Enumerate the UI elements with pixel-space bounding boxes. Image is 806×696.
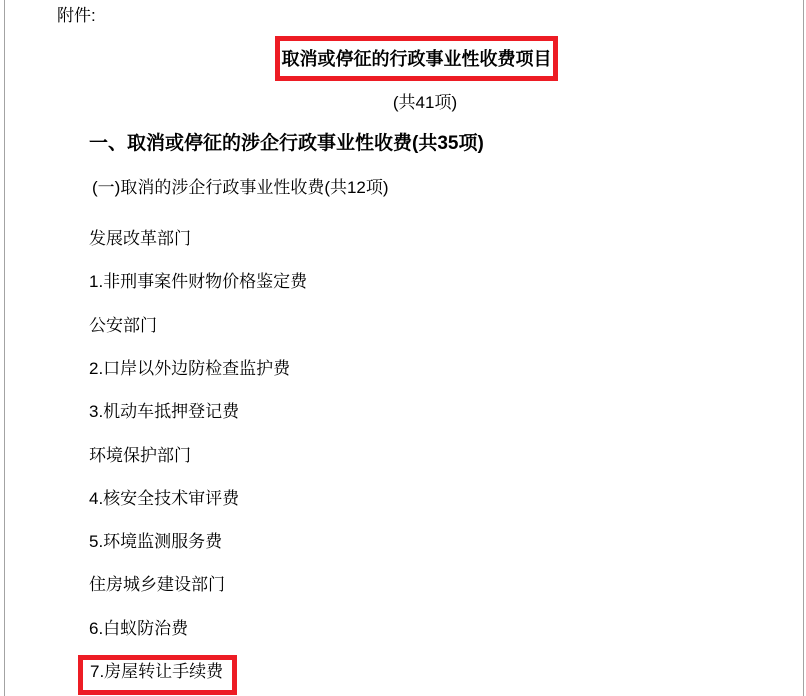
department-label: 公安部门	[89, 317, 157, 336]
document-page: 附件: 取消或停征的行政事业性收费项目 (共41项) 一、取消或停征的涉企行政事…	[0, 0, 806, 696]
fee-item: 2.口岸以外边防检查监护费	[89, 360, 290, 379]
fee-item: 1.非刑事案件财物价格鉴定费	[89, 273, 307, 292]
attachment-label: 附件:	[57, 6, 96, 26]
total-count-label: (共41项)	[300, 94, 550, 113]
subsection-heading: (一)取消的涉企行政事业性收费(共12项)	[92, 179, 389, 198]
document-title: 取消或停征的行政事业性收费项目	[282, 50, 552, 68]
fee-item: 4.核安全技术审评费	[89, 490, 239, 509]
fee-item: 3.机动车抵押登记费	[89, 403, 239, 422]
fee-item: 5.环境监测服务费	[89, 533, 222, 552]
fee-item: 6.白蚁防治费	[89, 620, 188, 639]
page-border-left	[4, 0, 5, 696]
department-label: 发展改革部门	[89, 230, 191, 249]
page-border-right	[803, 0, 804, 696]
section-heading: 一、取消或停征的涉企行政事业性收费(共35项)	[89, 134, 484, 155]
fee-item-highlighted: 7.房屋转让手续费	[78, 655, 237, 695]
department-label: 住房城乡建设部门	[89, 576, 225, 595]
department-label: 环境保护部门	[89, 447, 191, 466]
title-highlight-box: 取消或停征的行政事业性收费项目	[275, 36, 558, 81]
